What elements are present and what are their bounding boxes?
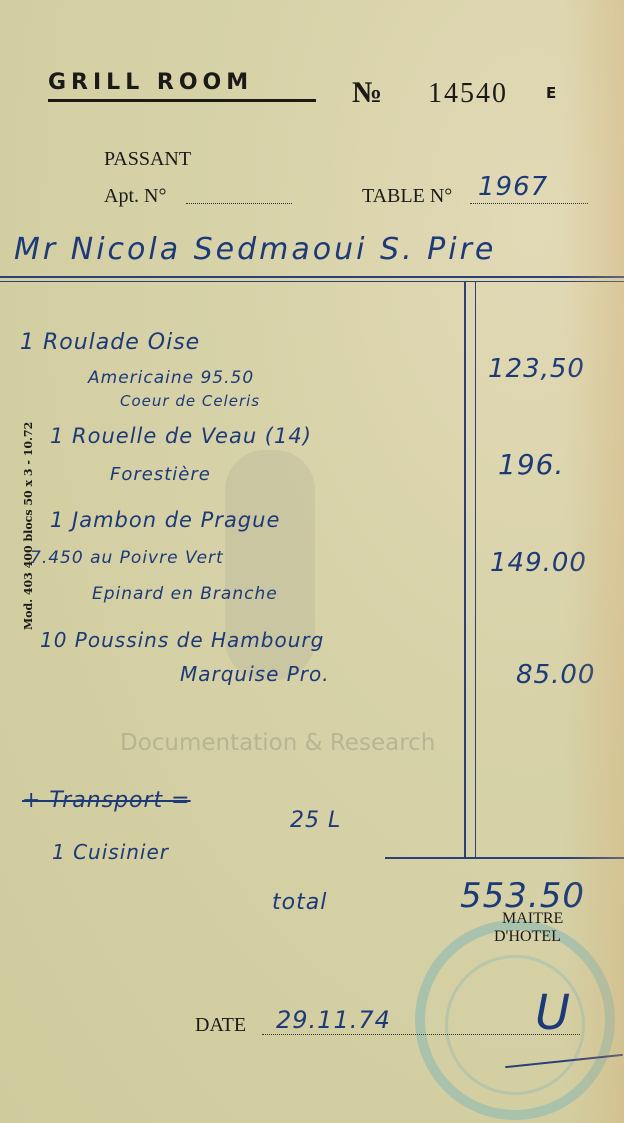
maitre-label: MAITRE: [502, 910, 563, 928]
date-field-line: [262, 1034, 580, 1035]
price-column-rule-1: [464, 282, 466, 858]
date-label: DATE: [195, 1014, 246, 1037]
transport-value: 25 L: [290, 808, 341, 833]
title-underline: [48, 99, 316, 102]
item-line: Americaine 95.50: [88, 368, 254, 388]
header-rule-1: [0, 276, 624, 278]
maitre-signature: U: [535, 985, 571, 1041]
total-rule: [385, 857, 624, 859]
item-line: Coeur de Celeris: [120, 392, 260, 410]
number-symbol: №: [352, 76, 382, 110]
total-label: total: [272, 890, 327, 915]
item-line: 10 Poussins de Hambourg: [40, 628, 324, 652]
item-line: 7.450 au Poivre Vert: [30, 548, 224, 568]
table-label: TABLE N°: [362, 185, 452, 208]
item-line: 1 Jambon de Prague: [50, 508, 280, 532]
receipt-title: GRILL ROOM: [48, 70, 253, 95]
item-price: 149.00: [490, 548, 587, 578]
item-price: 196.: [498, 448, 564, 481]
receipt-number-suffix: E: [546, 84, 556, 102]
item-line: 1 Roulade Oise: [20, 330, 200, 355]
header-rule-2: [0, 281, 624, 282]
item-line: Forestière: [110, 464, 211, 485]
extras-note: 1 Cuisinier: [52, 840, 169, 864]
apt-field[interactable]: [186, 203, 292, 204]
watermark-text: Documentation & Research: [120, 730, 435, 756]
item-line: 1 Rouelle de Veau (14): [50, 424, 312, 448]
receipt-page: Documentation & Research GRILL ROOM № 14…: [0, 0, 624, 1123]
item-price: 85.00: [516, 660, 595, 690]
item-price: 123,50: [488, 354, 585, 384]
item-line: Epinard en Branche: [92, 584, 278, 604]
dhotel-label: D'HOTEL: [494, 928, 561, 946]
price-column-rule-2: [475, 282, 476, 858]
table-field-line: [470, 203, 588, 204]
apt-label: Apt. N°: [104, 185, 166, 208]
item-line: Marquise Pro.: [180, 662, 330, 686]
guest-name[interactable]: Mr Nicola Sedmaoui S. Pire: [14, 232, 496, 267]
table-number[interactable]: 1967: [478, 172, 548, 202]
receipt-number: 14540: [428, 78, 508, 110]
print-code: Mod. 403 400 blocs 50 x 3 - 10.72: [22, 422, 35, 630]
date-value[interactable]: 29.11.74: [276, 1006, 391, 1034]
passant-label: PASSANT: [104, 148, 191, 171]
transport-line: + Transport =: [22, 788, 191, 813]
